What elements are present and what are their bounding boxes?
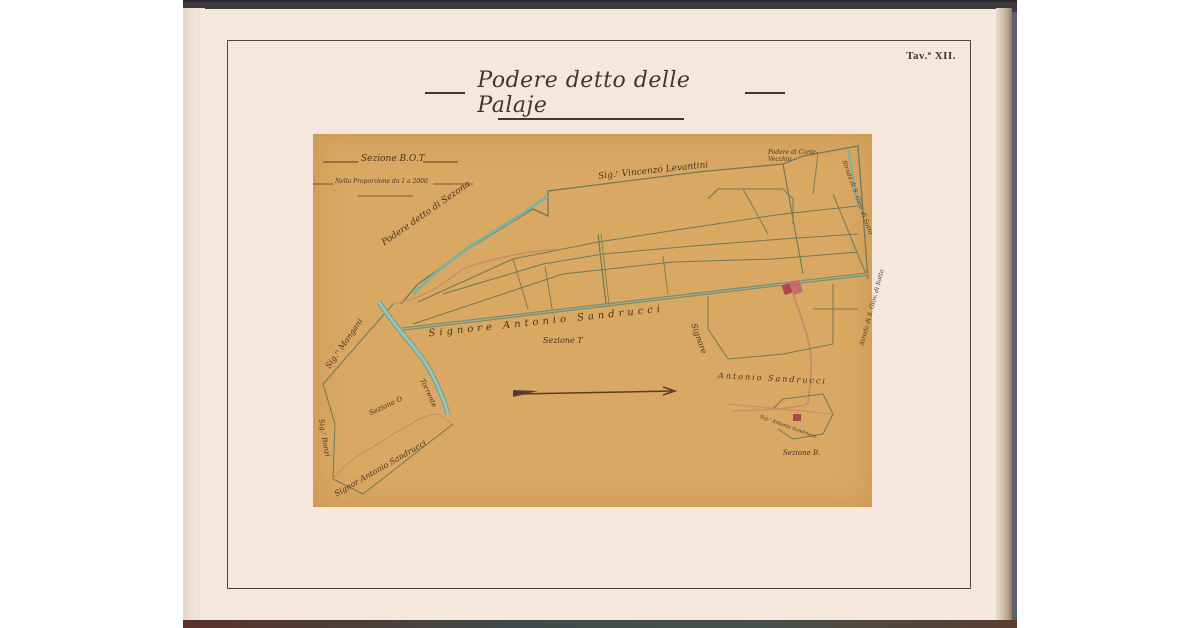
title-rule-right — [745, 92, 785, 94]
title-block: Podere detto delle Palaje — [425, 73, 785, 113]
page-title: Podere detto delle Palaje — [477, 68, 732, 118]
page-stack-right — [996, 8, 1012, 622]
plate-number: Tav.ª XII. — [906, 50, 956, 62]
owner-label-corner: Podere di Corte-Vecchio — [768, 149, 828, 163]
owner-label-sezione-b: Sezione B. — [783, 449, 820, 457]
owner-label-sezione-t: Sezione T — [543, 336, 583, 345]
cadastral-map: Sezione B.O.T Nella Proporzione da 1 a 2… — [313, 134, 872, 507]
book-cover-bottom — [183, 620, 1017, 628]
legend-section: Sezione B.O.T — [361, 154, 425, 164]
legend-scale: Nella Proporzione da 1 a 2000 — [335, 178, 428, 185]
book-cover-right — [1012, 12, 1017, 622]
title-underline — [498, 118, 684, 120]
title-rule-left — [425, 92, 465, 94]
album-page: Tav.ª XII. Podere detto delle Palaje — [200, 9, 998, 621]
